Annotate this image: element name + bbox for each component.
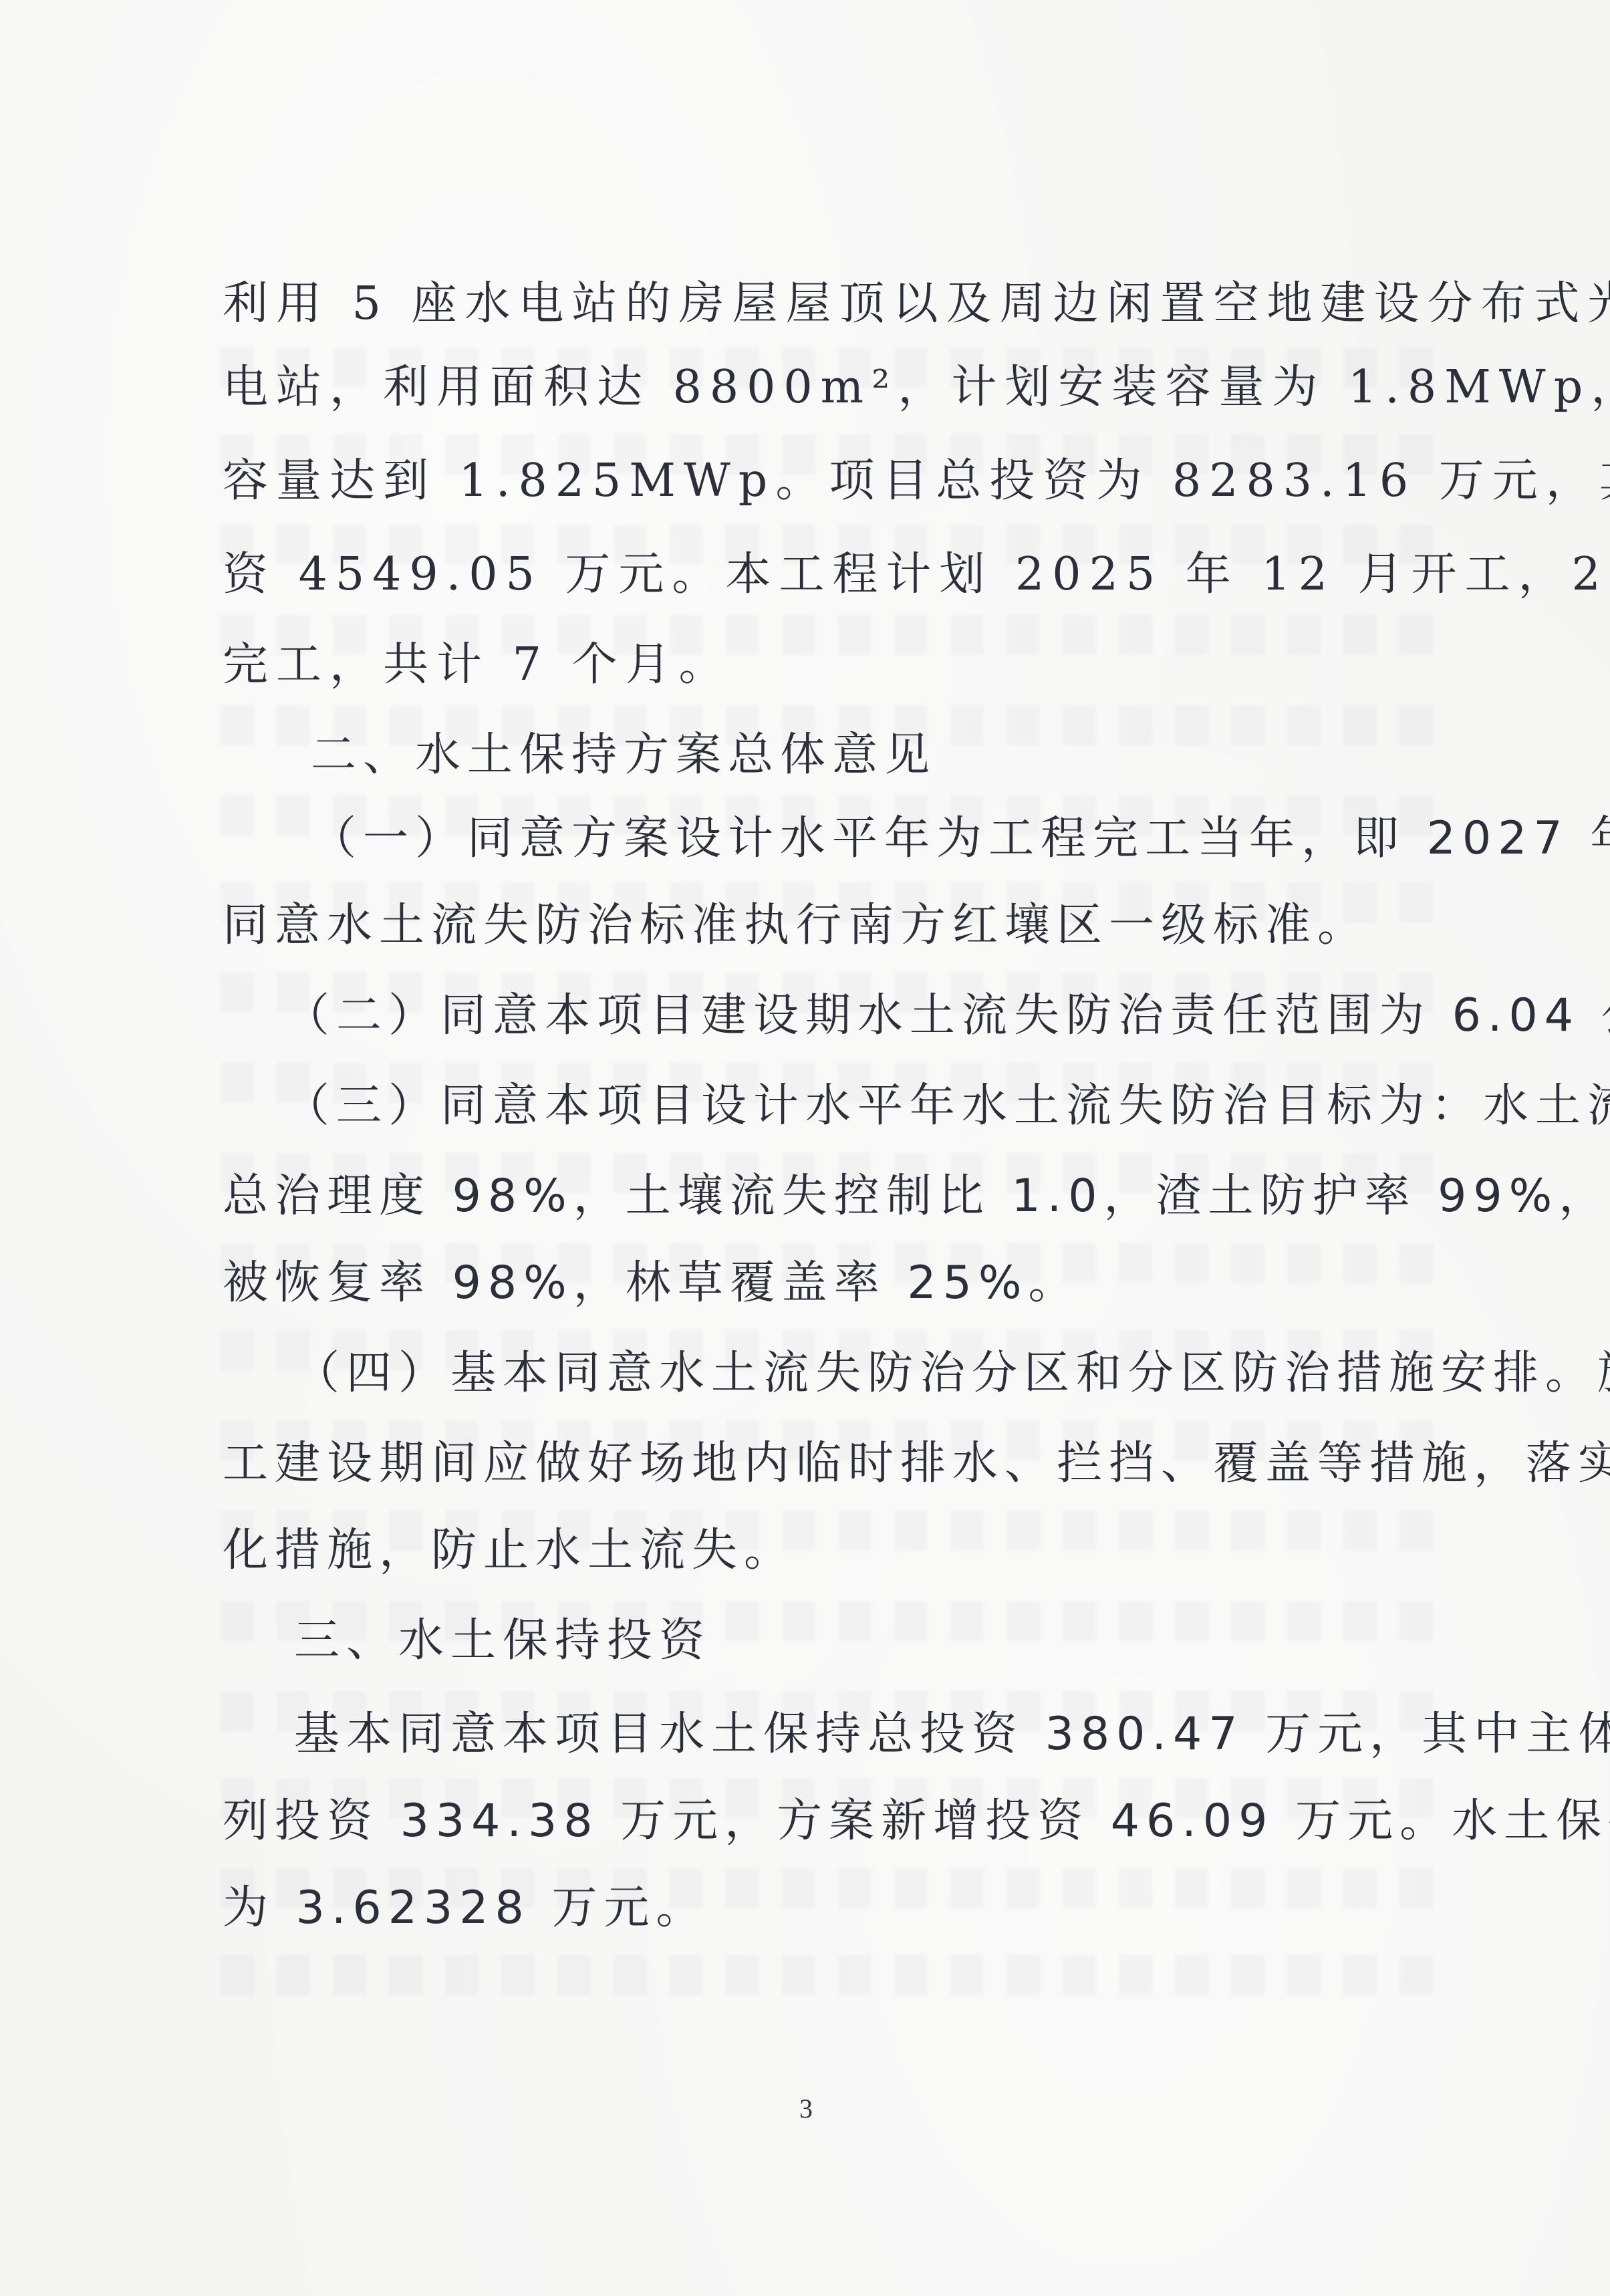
paragraph-line: 资 4549.05 万元。本工程计划 2025 年 12 月开工，2026 年 … (223, 545, 1446, 605)
section-heading-investment: 三、水土保持投资 (294, 1611, 1429, 1671)
paragraph-line: （二）同意本项目建设期水土流失防治责任范围为 6.04 公顷。 (284, 986, 1447, 1046)
paragraph-line: 被恢复率 98%，林草覆盖率 25%。 (223, 1253, 1446, 1313)
page-number: 3 (799, 2092, 813, 2126)
paragraph-line: 容量达到 1.825MWp。项目总投资为 8283.16 万元，其中土建投 (223, 451, 1446, 511)
paragraph-line: 列投资 334.38 万元，方案新增投资 46.09 万元。水土保持补偿费 (223, 1791, 1446, 1852)
paragraph-line: 基本同意本项目水土保持总投资 380.47 万元，其中主体已 (294, 1704, 1447, 1765)
paragraph-line: （三）同意本项目设计水平年水土流失防治目标为：水土流失 (284, 1076, 1447, 1136)
paragraph-line: 同意水土流失防治标准执行南方红壤区一级标准。 (223, 896, 1446, 956)
paragraph-line: 电站，利用面积达 8800m²，计划安装容量为 1.8MWp，实际安装 (223, 358, 1446, 418)
paragraph-line: 化措施，防止水土流失。 (223, 1521, 1446, 1581)
paragraph-line: 利用 5 座水电站的房屋屋顶以及周边闲置空地建设分布式光伏 (223, 274, 1446, 334)
paragraph-line: 完工，共计 7 个月。 (223, 635, 1446, 695)
scanned-page: 利用 5 座水电站的房屋屋顶以及周边闲置空地建设分布式光伏 电站，利用面积达 8… (0, 0, 1610, 2296)
bleed-through-texture (221, 1955, 1444, 1995)
paragraph-line: （四）基本同意水土流失防治分区和分区防治措施安排。施 (294, 1344, 1447, 1404)
paragraph-line: 为 3.62328 万元。 (223, 1878, 1446, 1938)
section-heading-overall-opinion: 二、水土保持方案总体意见 (311, 725, 1446, 785)
paragraph-line: 总治理度 98%，土壤流失控制比 1.0，渣土防护率 99%，林草植 (223, 1166, 1446, 1227)
paragraph-line: （一）同意方案设计水平年为工程完工当年，即 2027 年； (311, 809, 1446, 869)
paragraph-line: 工建设期间应做好场地内临时排水、拦挡、覆盖等措施，落实绿 (223, 1434, 1446, 1494)
